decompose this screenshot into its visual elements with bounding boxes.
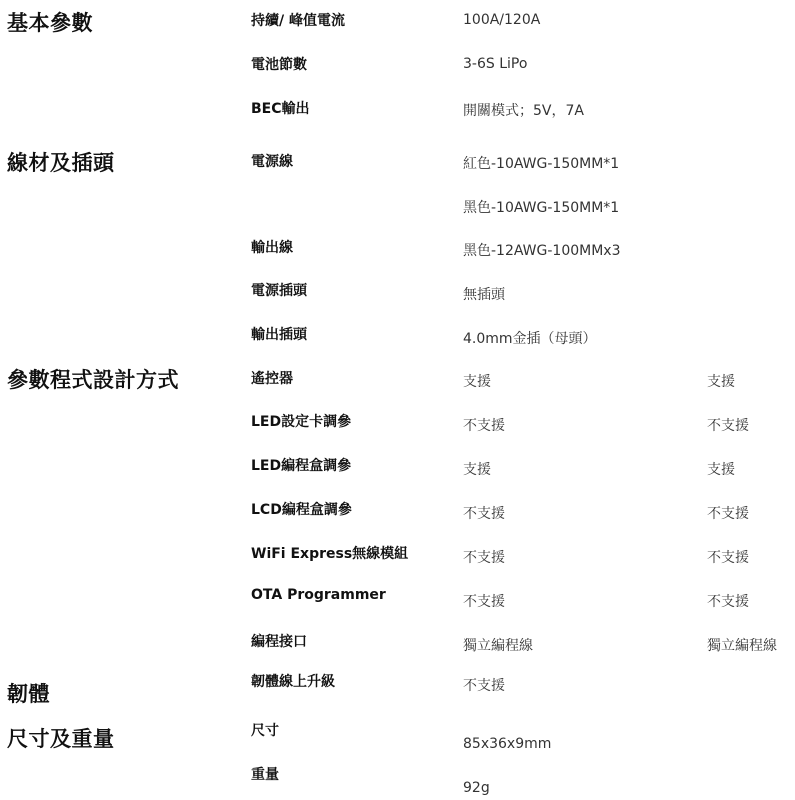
spec-value2-wifi-module: 不支援 bbox=[707, 547, 749, 567]
spec-value-power-wire-red: 紅色-10AWG-150MM*1 bbox=[463, 153, 619, 173]
section-title-wires-connectors: 線材及插頭 bbox=[7, 147, 115, 177]
spec-value-wifi-module: 不支援 bbox=[463, 547, 505, 567]
spec-label-output-connector: 輸出插頭 bbox=[251, 324, 307, 344]
section-title-size-weight: 尺寸及重量 bbox=[7, 723, 115, 753]
spec-value2-transmitter: 支援 bbox=[707, 371, 735, 391]
spec-value-power-connector: 無插頭 bbox=[463, 284, 505, 304]
spec-value-battery-cells: 3-6S LiPo bbox=[463, 56, 527, 72]
spec-value-output-wire: 黑色-12AWG-100MMx3 bbox=[463, 240, 621, 260]
spec-label-power-connector: 電源插頭 bbox=[251, 280, 307, 300]
spec-value-current: 100A/120A bbox=[463, 12, 540, 28]
spec-value-ota-programmer: 不支援 bbox=[463, 591, 505, 611]
spec-label-programming-port: 編程接口 bbox=[251, 631, 307, 651]
spec-label-firmware-upgrade: 韌體線上升級 bbox=[251, 671, 335, 691]
spec-label-current: 持續/ 峰值電流 bbox=[251, 10, 345, 30]
spec-value-dimensions: 85x36x9mm bbox=[463, 736, 551, 752]
spec-value-programming-port: 獨立編程線 bbox=[463, 635, 533, 655]
spec-value2-led-card: 不支援 bbox=[707, 415, 749, 435]
spec-label-transmitter: 遙控器 bbox=[251, 368, 293, 388]
spec-label-weight: 重量 bbox=[251, 764, 279, 784]
spec-label-power-wire: 電源線 bbox=[251, 151, 293, 171]
spec-value-led-card: 不支援 bbox=[463, 415, 505, 435]
spec-value2-programming-port: 獨立編程線 bbox=[707, 635, 777, 655]
spec-label-bec-output: BEC輸出 bbox=[251, 98, 310, 118]
section-title-basic-params: 基本參數 bbox=[7, 7, 93, 37]
spec-value-power-wire-black: 黑色-10AWG-150MM*1 bbox=[463, 197, 619, 217]
spec-value-transmitter: 支援 bbox=[463, 371, 491, 391]
spec-label-battery-cells: 電池節數 bbox=[251, 54, 307, 74]
spec-label-dimensions: 尺寸 bbox=[251, 720, 279, 740]
spec-value-output-connector: 4.0mm金插（母頭） bbox=[463, 328, 597, 348]
section-title-programming-methods: 參數程式設計方式 bbox=[7, 364, 179, 394]
spec-value2-ota-programmer: 不支援 bbox=[707, 591, 749, 611]
spec-value2-led-box: 支援 bbox=[707, 459, 735, 479]
spec-value-led-box: 支援 bbox=[463, 459, 491, 479]
spec-label-output-wire: 輸出線 bbox=[251, 237, 293, 257]
spec-value-firmware-upgrade: 不支援 bbox=[463, 675, 505, 695]
spec-label-wifi-module: WiFi Express無線模組 bbox=[251, 543, 408, 563]
spec-value-weight: 92g bbox=[463, 780, 490, 796]
spec-value-lcd-box: 不支援 bbox=[463, 503, 505, 523]
spec-value2-lcd-box: 不支援 bbox=[707, 503, 749, 523]
section-title-firmware: 韌體 bbox=[7, 678, 50, 708]
spec-label-lcd-box: LCD編程盒調參 bbox=[251, 499, 352, 519]
spec-value-bec-output: 開關模式；5V，7A bbox=[463, 100, 584, 120]
spec-label-led-card: LED設定卡調參 bbox=[251, 411, 351, 431]
spec-label-ota-programmer: OTA Programmer bbox=[251, 587, 386, 603]
spec-label-led-box: LED編程盒調參 bbox=[251, 455, 351, 475]
